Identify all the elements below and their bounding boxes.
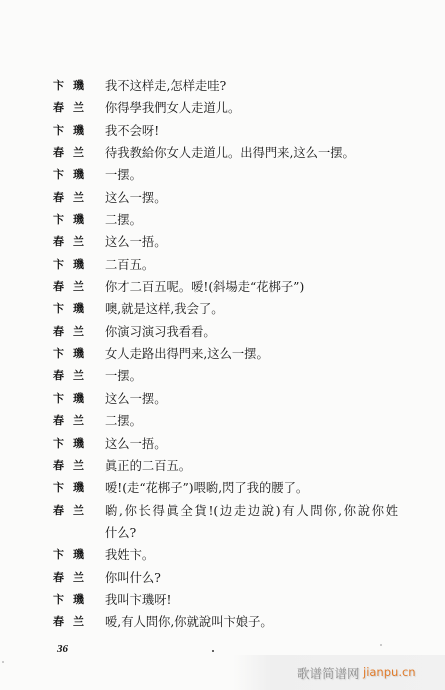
dialogue-entry: 春兰 二摆。 xyxy=(0,410,398,432)
dialogue-entry: 春兰 一摆。 xyxy=(0,365,398,387)
speaker-name: 卞璣 xyxy=(53,388,93,410)
scanned-script-page: 卞璣 我不这样走,怎样走哇? 春兰 你得學我們女人走道儿。 卞璣 我不会呀! 春… xyxy=(0,0,445,690)
dialogue-line: 你才二百五呢。嗳!(斜場走“花梆子”) xyxy=(105,276,398,298)
dialogue-line: 嗳,有人問你,你就說叫卞娘子。 xyxy=(105,611,398,633)
speaker-name: 春兰 xyxy=(53,410,93,432)
dialogue-entry: 春兰 你演习演习我看看。 xyxy=(0,321,398,343)
speaker-name: 卞璣 xyxy=(53,544,93,566)
speaker-name: 春兰 xyxy=(53,97,93,119)
dialogue-line: 这么一捂。 xyxy=(105,231,398,253)
dialogue-line: 女人走路出得門来,这么一摆。 xyxy=(105,343,398,365)
dialogue-line: 你演习演习我看看。 xyxy=(105,321,398,343)
dialogue-entry: 卞璣 女人走路出得門来,这么一摆。 xyxy=(0,343,398,365)
dialogue-block: 卞璣 我不这样走,怎样走哇? 春兰 你得學我們女人走道儿。 卞璣 我不会呀! 春… xyxy=(0,75,445,634)
speaker-name: 春兰 xyxy=(53,611,93,633)
dialogue-entry: 春兰 这么一摆。 xyxy=(0,187,398,209)
speaker-name: 春兰 xyxy=(53,321,93,343)
dialogue-line: 眞正的二百五。 xyxy=(105,455,398,477)
speaker-name: 卞璣 xyxy=(53,164,93,186)
watermark-site-name: 歌谱简谱网 xyxy=(297,664,360,682)
dialogue-line: 待我教給你女人走道儿。出得門来,这么一摆。 xyxy=(105,142,398,164)
speaker-name: 卞璣 xyxy=(53,298,93,320)
dialogue-line-continuation: 什么? xyxy=(105,522,398,544)
dialogue-entry: 卞璣 二百五。 xyxy=(0,254,398,276)
dialogue-entry: 卞璣 二摆。 xyxy=(0,209,398,231)
speaker-name: 卞璣 xyxy=(53,343,93,365)
dialogue-entry: 春兰 你才二百五呢。嗳!(斜場走“花梆子”) xyxy=(0,276,398,298)
dialogue-entry: 春兰 嗳,有人問你,你就說叫卞娘子。 xyxy=(0,611,398,633)
dialogue-entry: 卞璣 这么一捂。 xyxy=(0,433,398,455)
dialogue-line: 一摆。 xyxy=(105,365,398,387)
speaker-name: 卞璣 xyxy=(53,589,93,611)
dialogue-line: 嗳!(走“花梆子”)喂喲,閃了我的腰了。 xyxy=(105,477,398,499)
speaker-name: 卞璣 xyxy=(53,254,93,276)
dialogue-line: 这么一摆。 xyxy=(105,187,398,209)
speaker-name: 卞璣 xyxy=(53,120,93,142)
speaker-name: 卞璣 xyxy=(53,75,93,97)
dialogue-line: 这么一摆。 xyxy=(105,388,398,410)
dialogue-entry: 卞璣 我不会呀! xyxy=(0,120,398,142)
dialogue-entry: 春兰 眞正的二百五。 xyxy=(0,455,398,477)
speaker-name: 春兰 xyxy=(53,187,93,209)
speaker-name: 春兰 xyxy=(53,500,93,522)
speaker-name: 春兰 xyxy=(53,231,93,253)
page-number: 36 xyxy=(57,643,68,655)
dialogue-line: 我不会呀! xyxy=(105,120,398,142)
dialogue-line: 二百五。 xyxy=(105,254,398,276)
speaker-name: 春兰 xyxy=(53,142,93,164)
dialogue-line: 这么一捂。 xyxy=(105,433,398,455)
dialogue-entry: 春兰 待我教給你女人走道儿。出得門来,这么一摆。 xyxy=(0,142,398,164)
dialogue-entry: 春兰 喲,你长得眞全貨!(边走边說)有人問你,你說你姓 什么? xyxy=(0,500,398,545)
watermark-site-url: jianpu.cn xyxy=(363,665,416,679)
speaker-name: 春兰 xyxy=(53,455,93,477)
speaker-name: 卞璣 xyxy=(53,433,93,455)
dialogue-entry: 卞璣 我姓卞。 xyxy=(0,544,398,566)
dialogue-line: 我姓卞。 xyxy=(105,544,398,566)
dialogue-entry: 卞璣 我叫卞璣呀! xyxy=(0,589,398,611)
scan-speck xyxy=(212,650,214,652)
dialogue-line: 我叫卞璣呀! xyxy=(105,589,398,611)
dialogue-line: 我不这样走,怎样走哇? xyxy=(105,75,398,97)
scan-speck xyxy=(2,661,4,663)
dialogue-entry: 卞璣 这么一摆。 xyxy=(0,388,398,410)
speaker-name: 卞璣 xyxy=(53,477,93,499)
speaker-name: 春兰 xyxy=(53,365,93,387)
speaker-name: 春兰 xyxy=(53,567,93,589)
speaker-name: 卞璣 xyxy=(53,209,93,231)
dialogue-entry: 卞璣 噢,就是这样,我会了。 xyxy=(0,298,398,320)
scan-speck xyxy=(380,644,382,646)
dialogue-line: 你叫什么? xyxy=(105,567,398,589)
dialogue-line: 二摆。 xyxy=(105,209,398,231)
dialogue-line: 一摆。 xyxy=(105,164,398,186)
dialogue-entry: 卞璣 嗳!(走“花梆子”)喂喲,閃了我的腰了。 xyxy=(0,477,398,499)
speaker-name: 春兰 xyxy=(53,276,93,298)
dialogue-entry: 春兰 你叫什么? xyxy=(0,567,398,589)
dialogue-line: 喲,你长得眞全貨!(边走边說)有人問你,你說你姓 xyxy=(105,500,398,522)
dialogue-line: 二摆。 xyxy=(105,410,398,432)
dialogue-line: 噢,就是这样,我会了。 xyxy=(105,298,398,320)
dialogue-entry: 卞璣 我不这样走,怎样走哇? xyxy=(0,75,398,97)
dialogue-entry: 春兰 你得學我們女人走道儿。 xyxy=(0,97,398,119)
dialogue-entry: 卞璣 一摆。 xyxy=(0,164,398,186)
dialogue-line: 你得學我們女人走道儿。 xyxy=(105,97,398,119)
dialogue-entry: 春兰 这么一捂。 xyxy=(0,231,398,253)
